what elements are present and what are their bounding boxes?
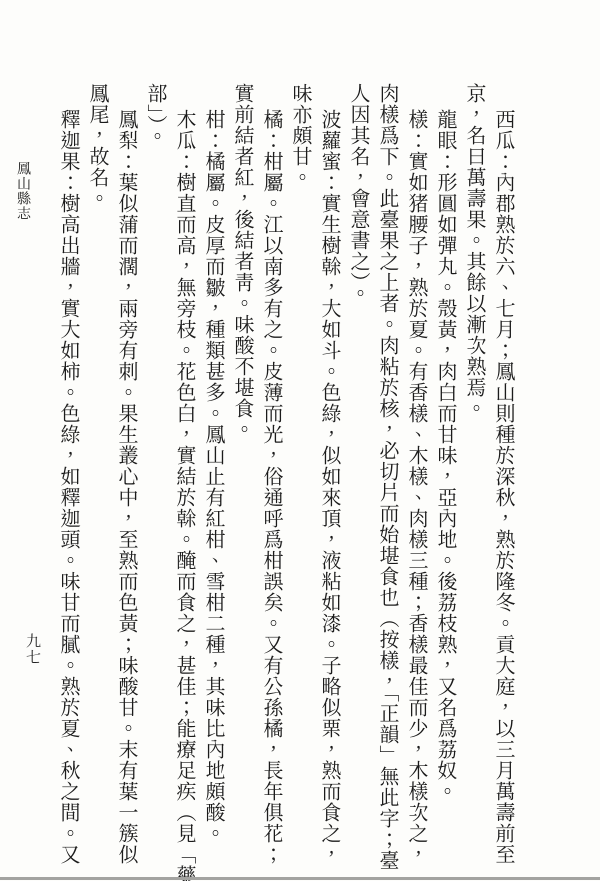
text-column: 檨：實如猪腰子，熟於夏。有香檨、木檨、肉檨三種；香檨最佳而少，木檨次之， [405,83,427,858]
book-page: 西瓜：內郡熟於六、七月；鳳山則種於深秋，熟於隆冬。貢大庭，以三月萬壽前至 京，名… [0,0,600,881]
text-column: 龍眼：形圓如彈丸。殼黃，肉白而甘味，亞內地。後荔枝熟，又名爲荔奴。 [434,83,456,858]
page-number: 九七 [22,633,43,665]
text-column: 實前結者紅，後結者靑。味酸不堪食。 [231,83,253,858]
text-column: 釋迦果：樹高出牆，實大如柿。色綠，如釋迦頭。味甘而膩。熟於夏、秋之間。又 [57,83,79,858]
text-column: 橘：柑屬。江以南多有之。皮薄而光，俗通呼爲柑誤矣。又有公孫橘，長年俱花； [260,83,282,858]
text-column: 木瓜：樹直而高，無旁枝。花色白，實結於榦。醃而食之，甚佳；能療足疾（見「藥 [173,83,195,858]
text-column: 柑：橘屬。皮厚而皺，種類甚多。鳳山止有紅柑、雪柑二種，其味比內地頗酸。 [202,83,224,858]
book-title: 鳳山縣志 [12,161,32,221]
text-column: 鳳梨：葉似蒲而濶，兩旁有刺。果生叢心中，至熟而色黃；味酸甘。末有葉一簇似 [115,83,137,858]
text-column: 鳳尾，故名。 [86,83,108,858]
text-column: 京，名曰萬壽果。其餘以漸次熟焉。 [463,83,485,858]
body-text: 西瓜：內郡熟於六、七月；鳳山則種於深秋，熟於隆冬。貢大庭，以三月萬壽前至 京，名… [50,83,514,858]
text-column: 味亦頗甘。 [289,83,311,858]
text-column: 肉檨爲下。此臺果之上者。肉粘於核，必切片而始堪食也（按檨，「正韻」無此字；臺 [376,83,398,858]
text-column: 西瓜：內郡熟於六、七月；鳳山則種於深秋，熟於隆冬。貢大庭，以三月萬壽前至 [492,83,514,858]
text-column: 波蘿蜜：實生樹榦，大如斗。色綠，似如來頂，液粘如漆。子略似栗，熟而食之， [318,83,340,858]
scan-edge [0,877,600,880]
text-column: 人因其名，會意書之）。 [347,83,369,858]
text-column: 部」）。 [144,83,166,858]
